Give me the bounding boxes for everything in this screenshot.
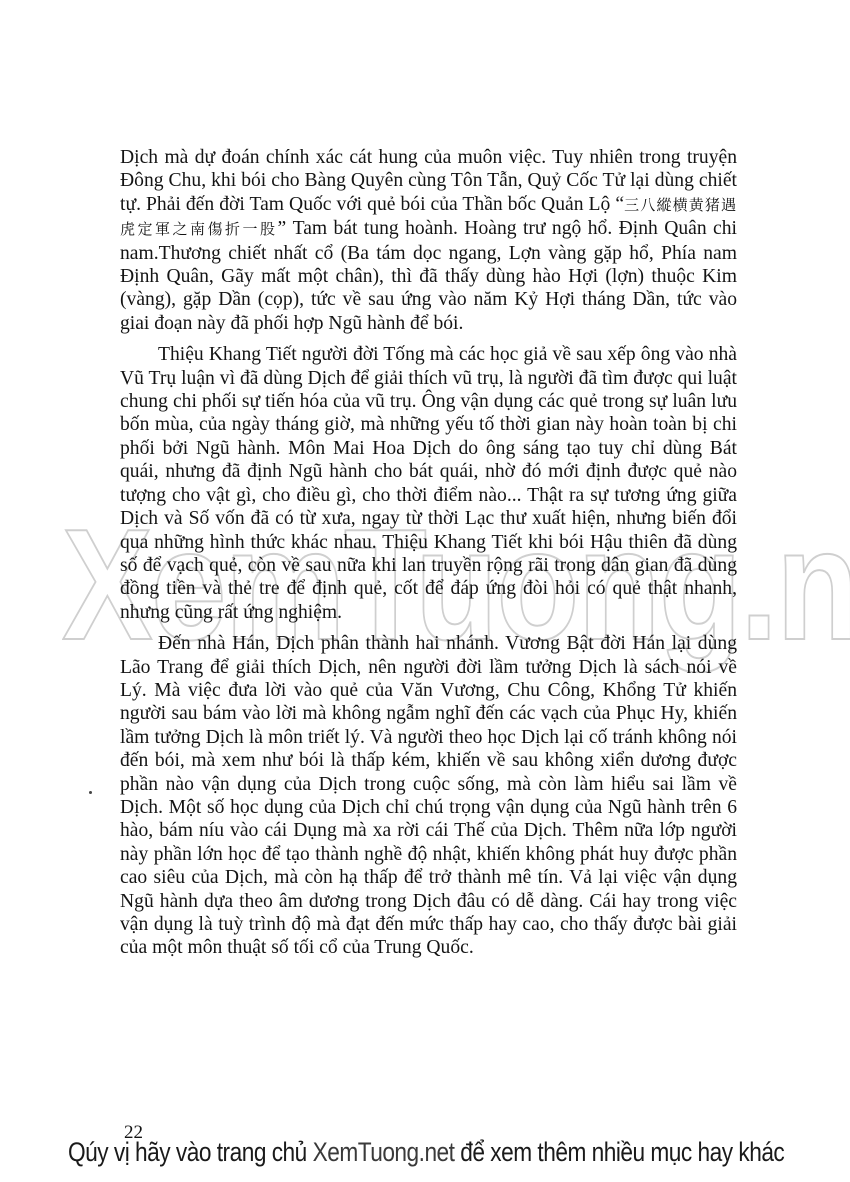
footer-text-before-link: Qúy vị hãy vào trang chủ (68, 1137, 313, 1167)
footer-promo: Qúy vị hãy vào trang chủ XemTuong.net để… (68, 1137, 782, 1168)
paragraph-1: Dịch mà dự đoán chính xác cát hung của m… (120, 146, 737, 335)
paragraph-3: Đến nhà Hán, Dịch phân thành hai nhánh. … (120, 632, 737, 960)
footer-text-after-link: để xem thêm nhiều mục hay khác (454, 1137, 784, 1167)
paragraph-2: Thiệu Khang Tiết người đời Tống mà các h… (120, 343, 737, 624)
document-page: XemTuong.net Dịch mà dự đoán chính xác c… (0, 0, 850, 1182)
document-body: Dịch mà dự đoán chính xác cát hung của m… (120, 146, 737, 968)
site-link[interactable]: XemTuong.net (313, 1137, 455, 1167)
scan-artifact-dot (89, 791, 92, 794)
